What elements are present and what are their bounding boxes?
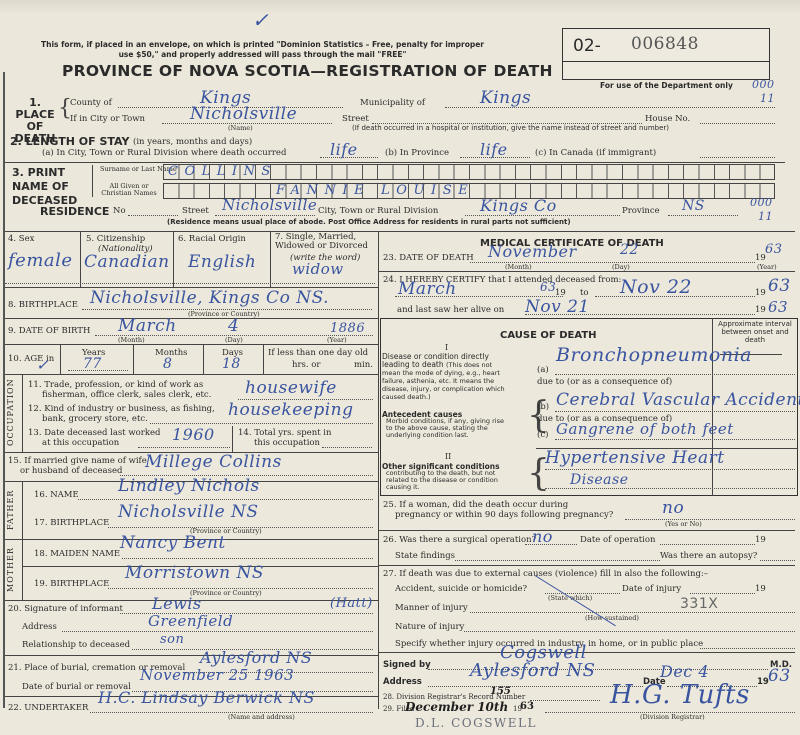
residence-street-value: Nicholsville bbox=[222, 196, 317, 214]
dob-year-value: 1886 bbox=[330, 321, 365, 336]
divider bbox=[22, 539, 23, 601]
residence-street-line bbox=[215, 215, 315, 216]
month-caption: (Month) bbox=[118, 336, 145, 344]
cause-b-line bbox=[555, 411, 795, 412]
less-than-day-label: If less than one day old bbox=[268, 348, 368, 358]
residence-no-label: No bbox=[113, 206, 126, 216]
mother-side-label: MOTHER bbox=[6, 544, 15, 596]
nature-label: Nature of injury bbox=[395, 622, 464, 632]
filed-date-value: December 10th bbox=[405, 700, 508, 714]
signed-year-value: 63 bbox=[768, 666, 791, 686]
print-name-label: 3. PRINT NAME OF DECEASED bbox=[12, 166, 92, 208]
divider bbox=[378, 530, 795, 531]
city-label: If in City or Town bbox=[70, 114, 145, 124]
month-caption: (Month) bbox=[505, 263, 532, 271]
trade-value: housewife bbox=[245, 378, 337, 398]
autopsy-line bbox=[760, 560, 795, 561]
stay-canada-label: (c) In Canada (if immigrant) bbox=[535, 148, 656, 158]
year-prefix: 19 bbox=[755, 535, 766, 545]
birthplace-label: 8. BIRTHPLACE bbox=[8, 300, 78, 310]
mother-maiden-value: Nancy Bent bbox=[120, 533, 226, 553]
residence-street-label: Street bbox=[182, 206, 209, 216]
birthplace-value: Nicholsville, Kings Co NS. bbox=[90, 288, 329, 308]
industry-value: housekeeping bbox=[228, 400, 354, 420]
findings-label: State findings bbox=[395, 551, 455, 561]
physician-address-label: Address bbox=[383, 677, 422, 687]
notice-line-1: This form, if placed in an envelope, on … bbox=[40, 40, 485, 50]
house-no-label: House No. bbox=[645, 114, 690, 124]
cause-c-value: Gangrene of both feet bbox=[556, 420, 734, 438]
industry-label-2: bank, grocery store, etc. bbox=[42, 414, 148, 424]
year-caption: (Year) bbox=[327, 336, 347, 344]
external-causes-label: 27. If death was due to external causes … bbox=[383, 569, 708, 579]
record-number-value: 155 bbox=[490, 686, 511, 697]
cause-c-line bbox=[555, 439, 795, 440]
sex-label: 4. Sex bbox=[8, 234, 34, 244]
signed-by-label: Signed by bbox=[383, 660, 431, 670]
surgery-question-label: 26. Was there a surgical operation? bbox=[383, 535, 536, 545]
informant-address-value: Greenfield bbox=[148, 612, 233, 630]
father-birthplace-label: 17. BIRTHPLACE bbox=[34, 518, 109, 528]
divider bbox=[5, 283, 375, 284]
industry-label: 12. Kind of industry or business, as fis… bbox=[28, 404, 215, 414]
last-worked-value: 1960 bbox=[172, 425, 215, 444]
mother-maiden-label: 18. MAIDEN NAME bbox=[34, 549, 120, 559]
other-conditions-value-2: Disease bbox=[570, 472, 629, 488]
operation-date-line bbox=[660, 544, 755, 545]
informant-signature-value: Lewis bbox=[152, 594, 202, 613]
registrar-caption: (Division Registrar) bbox=[640, 713, 705, 721]
residence-no-line bbox=[128, 215, 178, 216]
day-caption: (Day) bbox=[612, 263, 630, 271]
divider bbox=[203, 344, 204, 374]
pregnancy-line bbox=[625, 519, 795, 520]
year-caption: (Year) bbox=[757, 263, 777, 271]
stay-city-value: life bbox=[330, 140, 358, 159]
divider bbox=[5, 374, 378, 375]
cause-b-value: Cerebral Vascular Accident bbox=[556, 390, 800, 410]
total-years-label-2: this occupation bbox=[254, 438, 320, 448]
racial-origin-label: 6. Racial Origin bbox=[178, 234, 246, 244]
last-saw-label: and last saw her alive on bbox=[397, 305, 504, 315]
cause-b-prefix: (b) bbox=[537, 402, 549, 412]
operation-date-label: Date of operation bbox=[580, 535, 655, 545]
checkmark-icon: ✓ bbox=[252, 8, 269, 32]
filed-year-value: 63 bbox=[520, 701, 534, 712]
racial-origin-value: English bbox=[188, 252, 256, 272]
divider bbox=[5, 318, 378, 319]
injury-date-line bbox=[690, 593, 755, 594]
industry-line bbox=[150, 423, 373, 424]
undertaker-value: H.C. Lindsay Berwick NS bbox=[98, 688, 315, 707]
informant-address-label: Address bbox=[22, 622, 57, 632]
stay-province-label: (b) In Province bbox=[385, 148, 449, 158]
part-two-label: II bbox=[445, 452, 451, 461]
signed-date-value: Dec 4 bbox=[660, 662, 709, 681]
undertaker-label: 22. UNDERTAKER bbox=[8, 703, 88, 713]
divider bbox=[5, 162, 785, 163]
attended-from-value: March bbox=[398, 279, 457, 299]
pregnancy-question-label-2: pregnancy or within 90 days following pr… bbox=[395, 510, 613, 520]
spouse-label-2: or husband of deceased bbox=[20, 466, 122, 476]
divider bbox=[22, 481, 23, 539]
relationship-value: son bbox=[160, 632, 184, 647]
findings-line bbox=[455, 560, 660, 561]
last-worked-line bbox=[138, 447, 230, 448]
father-name-value: Lindley Nichols bbox=[118, 476, 260, 496]
dob-day-value: 4 bbox=[228, 316, 239, 336]
checkmark-icon: ✓ bbox=[36, 356, 49, 374]
divider bbox=[80, 231, 81, 287]
name-caption: (Name) bbox=[228, 124, 253, 132]
trade-label: 11. Trade, profession, or kind of work a… bbox=[28, 380, 203, 390]
county-label: County of bbox=[70, 98, 112, 108]
divider bbox=[378, 271, 795, 272]
father-name-line bbox=[78, 499, 373, 500]
mail-notice: This form, if placed in an envelope, on … bbox=[40, 40, 485, 60]
death-year-value: 63 bbox=[765, 242, 783, 257]
residence-note: (Residence means usual place of abode. P… bbox=[167, 218, 571, 226]
hrs-label: hrs. or bbox=[292, 360, 320, 370]
citizenship-label: 5. Citizenship bbox=[86, 234, 145, 244]
attended-to-year: 63 bbox=[768, 276, 791, 296]
father-name-label: 16. NAME bbox=[34, 490, 79, 500]
injury-date-label: Date of injury bbox=[622, 584, 681, 594]
death-day-value: 22 bbox=[620, 242, 639, 258]
given-names-label: All Given or Christian Names bbox=[96, 183, 162, 197]
residence-province-label: Province bbox=[622, 206, 660, 216]
specify-location-line bbox=[700, 648, 795, 649]
cause-of-death-heading: CAUSE OF DEATH bbox=[500, 330, 597, 341]
antecedent-note: Morbid conditions, if any, giving rise t… bbox=[386, 418, 512, 439]
physician-address-value: Aylesford NS bbox=[470, 660, 596, 681]
divider bbox=[173, 231, 174, 287]
age-months-value: 8 bbox=[163, 356, 172, 372]
divider bbox=[22, 374, 23, 452]
other-conditions-value-1: Hypertensive Heart bbox=[545, 448, 725, 468]
spouse-value: Millege Collins bbox=[145, 452, 282, 472]
informant-signature-label: 20. Signature of informant bbox=[8, 604, 123, 614]
year-prefix: 19 bbox=[755, 288, 766, 298]
house-no-line bbox=[700, 123, 775, 124]
dob-month-value: March bbox=[118, 316, 177, 336]
cause-a-line bbox=[555, 374, 795, 375]
accident-label: Accident, suicide or homicide? bbox=[395, 584, 527, 594]
surgery-value: no bbox=[532, 527, 553, 546]
sex-value: female bbox=[8, 250, 73, 271]
divider bbox=[270, 231, 271, 287]
typed-physician-name: D.L. COGSWELL bbox=[415, 716, 537, 730]
length-of-stay-sub: (in years, months and days) bbox=[133, 137, 252, 147]
year-prefix: 19 bbox=[755, 305, 766, 315]
burial-place-value: Aylesford NS bbox=[200, 648, 312, 667]
last-saw-year: 63 bbox=[768, 298, 788, 316]
father-birthplace-value: Nicholsville NS bbox=[118, 502, 259, 522]
other-line-1 bbox=[545, 469, 795, 470]
part-one-label: I bbox=[445, 343, 448, 352]
attended-from-year: 63 bbox=[540, 280, 556, 294]
manner-code: 331X bbox=[680, 596, 718, 612]
divider bbox=[5, 231, 795, 232]
divider bbox=[92, 165, 93, 197]
age-days-value: 18 bbox=[222, 356, 241, 372]
interval-label: Approximate interval between onset and d… bbox=[715, 320, 795, 344]
death-registration-form: ✓ This form, if placed in an envelope, o… bbox=[0, 0, 800, 735]
marital-status-value: widow bbox=[292, 260, 344, 278]
undertaker-caption: (Name and address) bbox=[228, 713, 295, 721]
divider bbox=[378, 565, 795, 566]
autopsy-label: Was there an autopsy? bbox=[660, 551, 757, 561]
divider bbox=[60, 344, 61, 374]
how-sustained-caption: (How sustained) bbox=[585, 614, 639, 622]
cause-a-prefix: (a) bbox=[537, 365, 549, 375]
surname-label: Surname or Last Name bbox=[100, 165, 162, 173]
stay-city-label: (a) In City, Town or Rural Division wher… bbox=[42, 148, 286, 158]
registrar-signature: H.G. Tufts bbox=[610, 680, 750, 710]
last-worked-label-2: at this occupation bbox=[42, 438, 119, 448]
manner-line bbox=[470, 612, 795, 613]
mother-maiden-line bbox=[122, 558, 373, 559]
last-worked-label: 13. Date deceased last worked bbox=[28, 428, 160, 438]
residence-province-value: NS bbox=[682, 198, 705, 214]
length-of-stay-label: 2. LENGTH OF STAY bbox=[10, 135, 129, 148]
dob-label: 9. DATE OF BIRTH bbox=[8, 326, 90, 336]
manner-label: Manner of injury bbox=[395, 603, 468, 613]
nature-line bbox=[464, 631, 795, 632]
divider bbox=[5, 655, 378, 656]
surname-grid[interactable]: COLLINS bbox=[163, 164, 775, 180]
column-divider bbox=[378, 231, 379, 709]
other-line-2 bbox=[545, 488, 795, 489]
min-label: min. bbox=[354, 360, 373, 370]
death-month-value: November bbox=[488, 242, 577, 261]
divider bbox=[232, 426, 233, 452]
occupation-side-label: OCCUPATION bbox=[6, 380, 15, 446]
registration-prefix: 02- bbox=[573, 36, 601, 56]
stay-canada-line bbox=[700, 157, 775, 158]
total-years-line bbox=[322, 447, 372, 448]
marital-status-label: 7. Single, Married, Widowed or Divorced bbox=[275, 233, 375, 251]
margin-code: 11 bbox=[758, 210, 773, 223]
margin-code: 000 bbox=[750, 196, 773, 209]
city-value: Nicholsville bbox=[190, 104, 297, 124]
notice-line-2: use $50," and properly addressed will pa… bbox=[40, 50, 485, 60]
attended-to-value: Nov 22 bbox=[620, 276, 692, 298]
year-prefix: 19 bbox=[755, 584, 766, 594]
hospital-note: (If death occurred in a hospital or inst… bbox=[352, 124, 669, 132]
date-of-death-label: 23. DATE OF DEATH bbox=[383, 253, 474, 263]
day-caption: (Day) bbox=[225, 336, 243, 344]
informant-note: (Hatt) bbox=[330, 596, 373, 611]
residence-province-line bbox=[668, 215, 738, 216]
stay-province-value: life bbox=[480, 140, 508, 159]
pregnancy-question-label: 25. If a woman, did the death occur duri… bbox=[383, 500, 568, 510]
trade-label-2: fisherman, office clerk, sales clerk, et… bbox=[42, 390, 211, 400]
street-label: Street bbox=[342, 114, 369, 124]
last-saw-value: Nov 21 bbox=[525, 297, 590, 317]
birthplace-caption: (Province or Country) bbox=[188, 310, 260, 318]
municipality-value: Kings bbox=[480, 88, 531, 108]
yes-no-caption: (Yes or No) bbox=[665, 520, 702, 528]
pregnancy-value: no bbox=[662, 498, 684, 518]
registration-number: 006848 bbox=[631, 34, 699, 54]
divider bbox=[263, 344, 264, 374]
cause-c-prefix: (c) bbox=[537, 430, 548, 440]
surname-value: COLLINS bbox=[168, 164, 277, 179]
other-conditions-note: contributing to the death, but not relat… bbox=[386, 470, 512, 491]
record-number-line bbox=[530, 700, 600, 701]
mother-birthplace-label: 19. BIRTHPLACE bbox=[34, 579, 109, 589]
mother-birthplace-value: Morristown NS bbox=[125, 563, 264, 583]
informant-address-line bbox=[62, 631, 373, 632]
residence-city-label: City, Town or Rural Division bbox=[318, 206, 438, 216]
residence-city-value: Kings Co bbox=[480, 196, 557, 215]
cause-a-value: Bronchopneumonia bbox=[556, 344, 752, 366]
total-years-label: 14. Total yrs. spent in bbox=[238, 428, 332, 438]
residence-city-line bbox=[465, 215, 620, 216]
spouse-label: 15. If married give name of wife bbox=[8, 456, 147, 466]
divider bbox=[133, 344, 134, 374]
due-to-label: due to (or as a consequence of) bbox=[537, 377, 672, 387]
father-side-label: FATHER bbox=[6, 486, 15, 534]
direct-cause-label: Disease or condition directly leading to… bbox=[382, 353, 512, 401]
age-years-line bbox=[68, 370, 128, 371]
municipality-label: Municipality of bbox=[360, 98, 425, 108]
relationship-label: Relationship to deceased bbox=[22, 640, 130, 650]
burial-date-value: November 25 1963 bbox=[140, 666, 294, 684]
residence-label: RESIDENCE bbox=[40, 205, 109, 218]
citizenship-value: Canadian bbox=[84, 252, 170, 272]
